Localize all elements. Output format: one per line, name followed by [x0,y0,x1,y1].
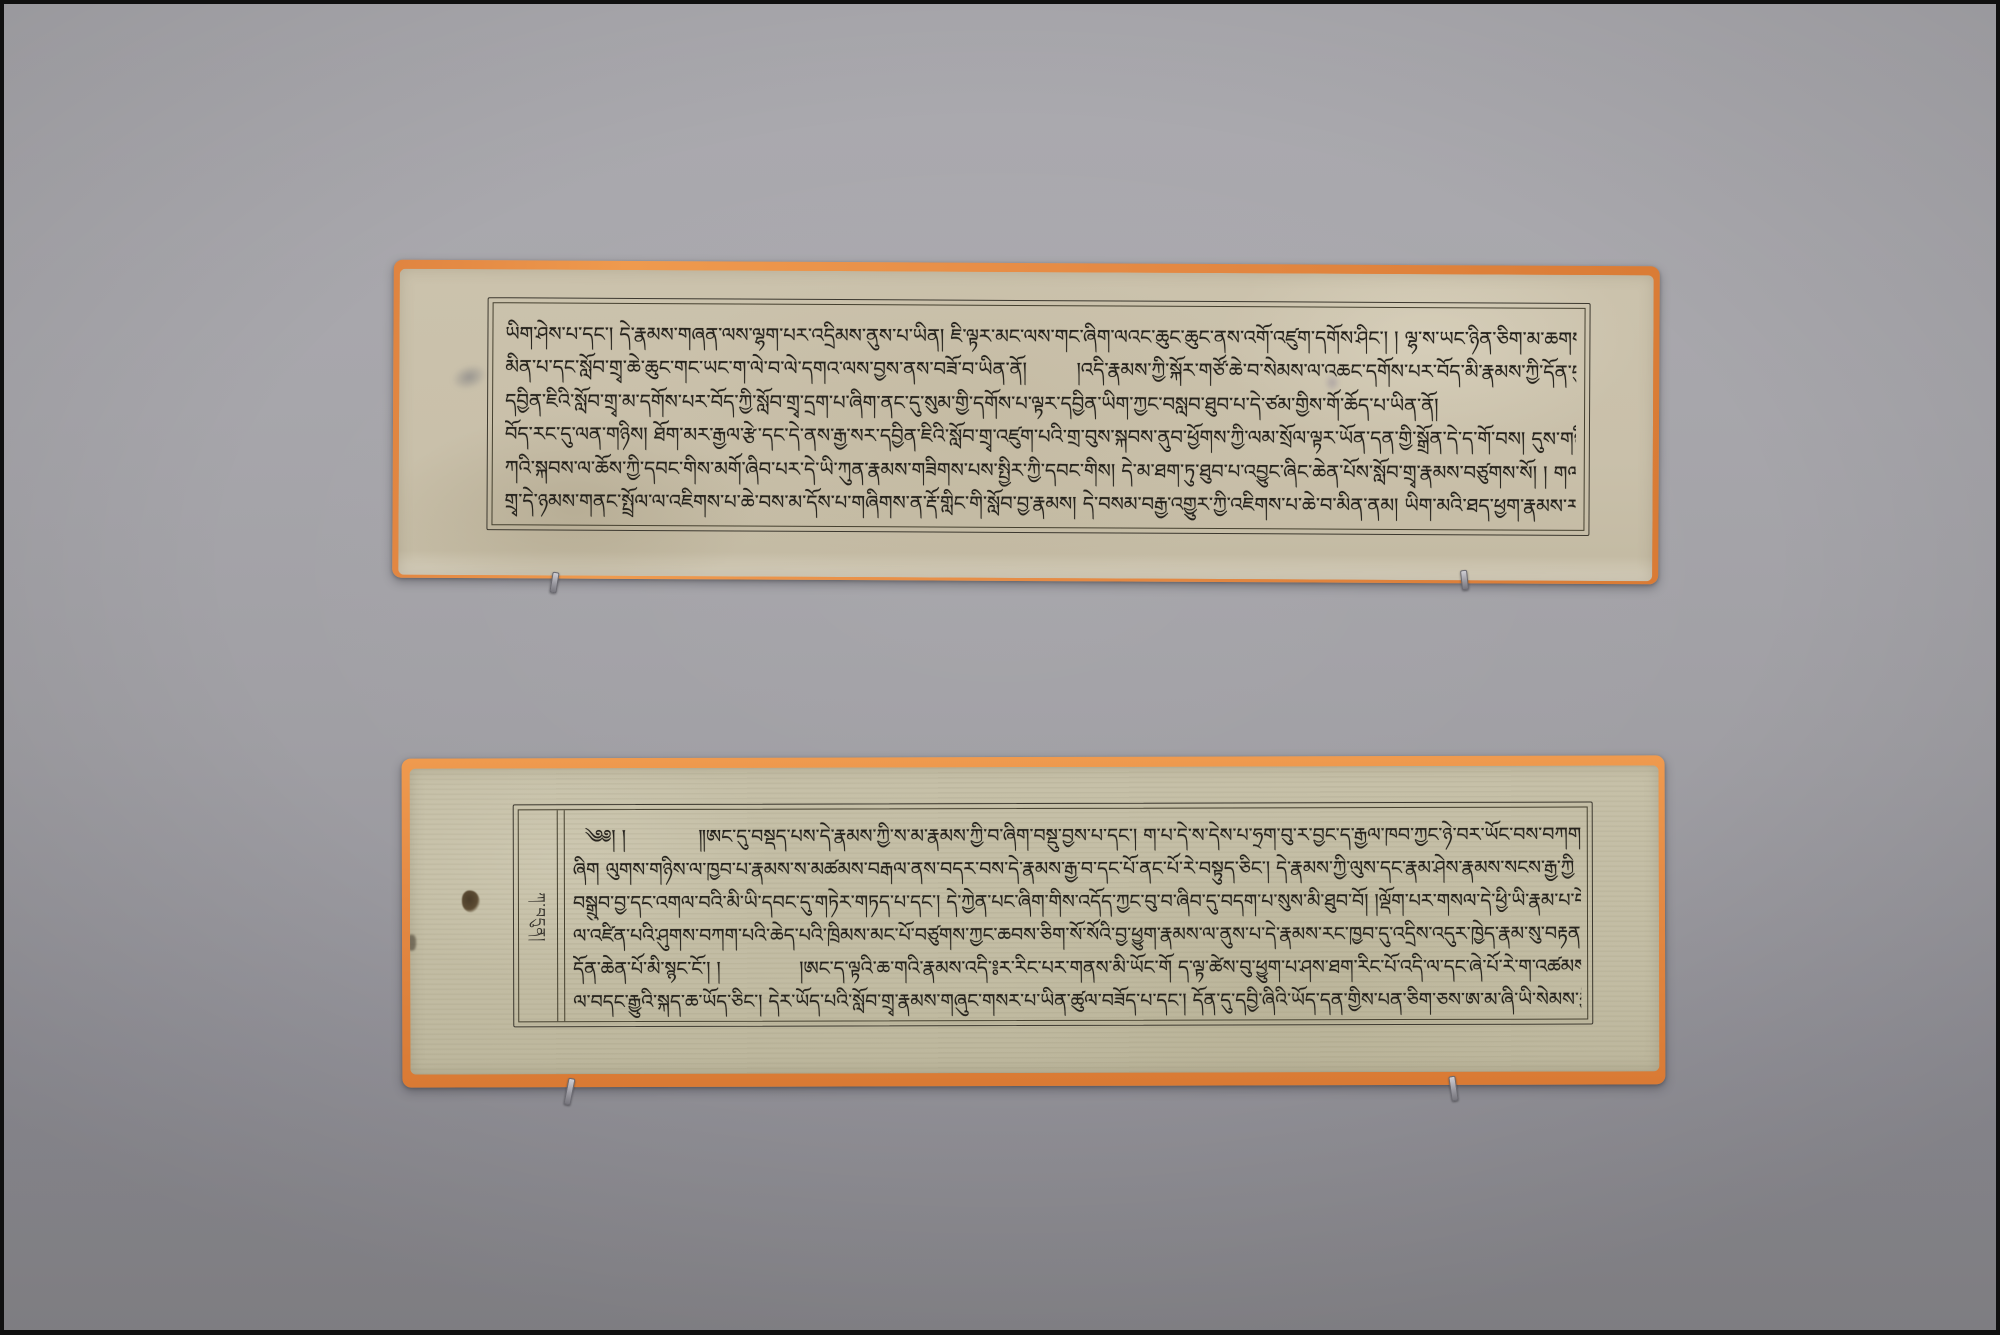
ink-smudge [448,360,490,394]
manuscript-leaf-upper: ཡིག་ཤེས་པ་དང་། དེ་རྣམས་གཞན་ལས་ལྷག་པར་འདྲ… [392,260,1660,585]
manuscript-leaf-lower: ཀ་བདུན། ༄༅། ། ༎ཨང་དུ་བསྡད་པས་དེ་རྣམས་ཀྱི… [402,755,1666,1087]
text-line-l6: ལ་བདང་རྒྱུའི་སྐད་ཆ་ཡོད་ཅིང་། དེར་ཡོད་པའི… [573,984,1581,1020]
text-line-u1: ཡིག་ཤེས་པ་དང་། དེ་རྣམས་གཞན་ལས་ལྷག་པར་འདྲ… [505,317,1576,356]
stain-spot [462,890,480,912]
text-frame-lower: ཀ་བདུན། ༄༅། ། ༎ཨང་དུ་བསྡད་པས་དེ་རྣམས་ཀྱི… [513,802,1594,1028]
text-line-l3: བསྒྲུབ་བྱ་དང་འགལ་བའི་མི་ཡི་དབང་དུ་གཏེར་ག… [573,885,1581,921]
text-line-l1: ༄༅། ། ༎ཨང་དུ་བསྡད་པས་དེ་རྣམས་ཀྱི་ས་མ་རྣམ… [573,819,1581,855]
text-line-u6: གྲྭ་དེ་ཉམས་གནང་སྤྲོལ་ལ་འཇིགས་པ་ཆེ་བས་མ་ད… [504,484,1575,523]
text-line-l5: དོན་ཆེན་པོ་མི་སྙང་ངོ་། ། །ཨང་ད་ལྟའི་ཆ་གའ… [573,951,1581,987]
text-frame-inner: ཀ་བདུན། ༄༅། ། ༎ཨང་དུ་བསྡད་པས་དེ་རྣམས་ཀྱི… [518,807,1589,1023]
edge-notch [410,935,416,951]
leaf-paper-lower: ཀ་བདུན། ༄༅། ། ༎ཨང་དུ་བསྡད་པས་དེ་རྣམས་ཀྱི… [410,765,1660,1074]
leaf-paper-upper: ཡིག་ཤེས་པ་དང་། དེ་རྣམས་གཞན་ལས་ལྷག་པར་འདྲ… [398,269,1654,582]
text-line-u4: བོད་རང་དུ་ལན་གཉིས། ཐོག་མར་རྒྱལ་རྩེ་དང་དེ… [505,417,1576,456]
backdrop [4,4,1996,1330]
text-line-u5: ཀའི་སྐབས་ལ་ཆོས་ཀྱི་དབང་གིས་མགོ་ཞིབ་པར་དེ… [505,451,1576,490]
text-line-u3: དབྱིན་ཇིའི་སློབ་གྲྭ་མ་དགོས་པར་བོད་ཀྱི་སླ… [505,384,1576,423]
text-frame-upper: ཡིག་ཤེས་པ་དང་། དེ་རྣམས་གཞན་ལས་ལྷག་པར་འདྲ… [486,297,1590,536]
text-line-l2: ཞིག ལུགས་གཉིས་ལ་ཁྱབ་པ་རྣམས་ས་མཚམས་བརྒལ་ན… [573,852,1581,888]
text-frame-inner: ཡིག་ཤེས་པ་དང་། དེ་རྣམས་གཞན་ལས་ལྷག་པར་འདྲ… [491,302,1585,531]
photo-frame: ཡིག་ཤེས་པ་དང་། དེ་རྣམས་གཞན་ལས་ལྷག་པར་འདྲ… [0,0,2000,1335]
text-block-upper: ཡིག་ཤེས་པ་དང་། དེ་རྣམས་གཞན་ལས་ལྷག་པར་འདྲ… [492,303,1584,530]
text-line-l4: ལ་འཛིན་པའི་ཤུགས་བཀག་པའི་ཆེད་པའི་ཁྲིམས་མང… [573,918,1581,954]
text-line-u2: མིན་པ་དང་སློབ་གྲྭ་ཆེ་ཆུང་གང་ཡང་ག་ལེ་བ་ལེ… [505,351,1576,390]
text-block-lower: ༄༅། ། ༎ཨང་དུ་བསྡད་པས་དེ་རྣམས་ཀྱི་ས་མ་རྣམ… [519,808,1588,1022]
